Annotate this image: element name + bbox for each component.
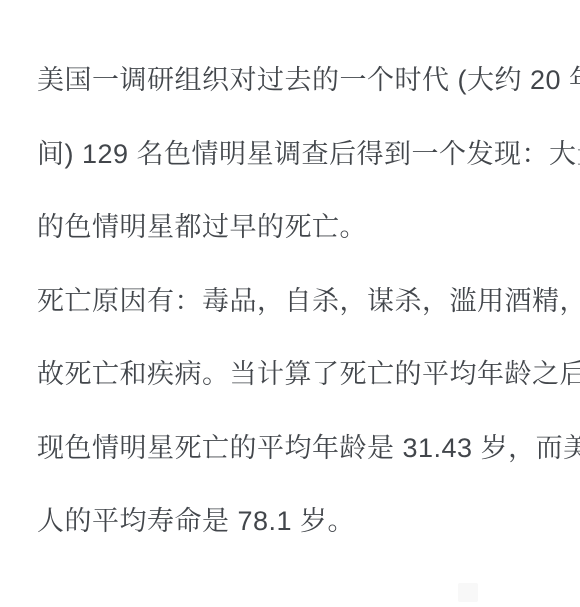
- article-text: 美国一调研组织对过去的一个时代 (大约 20 年期 间) 129 名色情明星调查…: [37, 44, 560, 559]
- paragraph-2: 死亡原因有：毒品，自杀，谋杀，滥用酒精，事 故死亡和疾病。当计算了死亡的平均年龄…: [37, 265, 560, 559]
- text-line: 的色情明星都过早的死亡。: [37, 191, 560, 265]
- watermark: [458, 583, 478, 602]
- text-line: 现色情明星死亡的平均年龄是 31.43 岁，而美国: [37, 412, 560, 486]
- text-line: 间) 129 名色情明星调查后得到一个发现：大量: [37, 118, 560, 192]
- text-line: 故死亡和疾病。当计算了死亡的平均年龄之后发: [37, 338, 560, 412]
- text-line: 死亡原因有：毒品，自杀，谋杀，滥用酒精，事: [37, 265, 560, 339]
- text-line: 美国一调研组织对过去的一个时代 (大约 20 年期: [37, 44, 560, 118]
- paragraph-1: 美国一调研组织对过去的一个时代 (大约 20 年期 间) 129 名色情明星调查…: [37, 44, 560, 265]
- document-page: 美国一调研组织对过去的一个时代 (大约 20 年期 间) 129 名色情明星调查…: [0, 0, 580, 607]
- text-line: 人的平均寿命是 78.1 岁。: [37, 485, 560, 559]
